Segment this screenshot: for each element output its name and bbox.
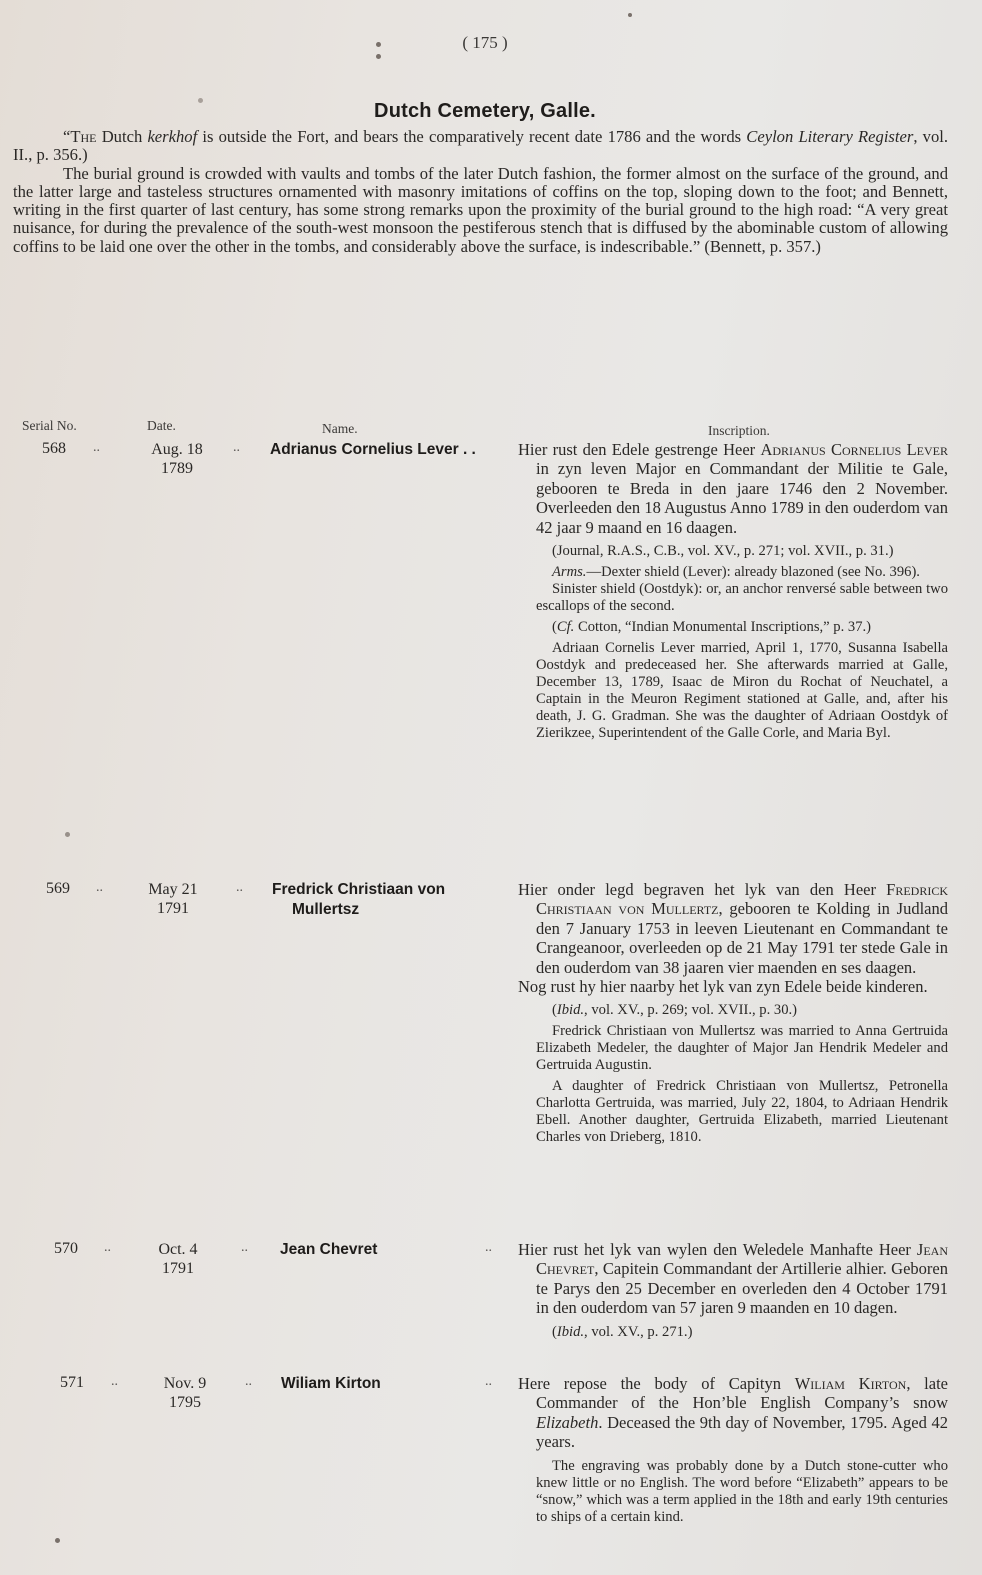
leader-dots: .. [111,1374,118,1390]
leader-dots: .. [485,1374,492,1390]
reference: (Ibid., vol. XV., p. 271.) [536,1324,948,1341]
ink-speck [55,1538,60,1543]
entry-date: May 211791 [133,880,213,918]
serial-number: 568 [42,440,66,458]
entry-date: Oct. 41791 [138,1240,218,1278]
intro-text: “The Dutch kerkhof is outside the Fort, … [13,128,948,256]
leader-dots: .. [233,440,240,456]
ink-speck [65,832,70,837]
inscription-text: Hier rust den Edele gestrenge Heer Adria… [518,440,948,537]
header-inscription: Inscription. [708,423,770,439]
leader-dots: .. [236,880,243,896]
leader-dots: .. [241,1240,248,1256]
entry-name: Fredrick Christiaan vonMullertsz [272,880,487,919]
inscription-text: Hier rust het lyk van wylen den Weledele… [518,1240,948,1318]
reference: (Journal, R.A.S., C.B., vol. XV., p. 271… [536,543,948,560]
serial-number: 571 [60,1374,84,1392]
header-name: Name. [322,421,358,437]
ink-speck [628,13,632,17]
reference: (Ibid., vol. XV., p. 269; vol. XVII., p.… [536,1002,948,1019]
serial-number: 570 [54,1240,78,1258]
intro-paragraph-2: The burial ground is crowded with vaults… [13,165,948,256]
page-title: Dutch Cemetery, Galle. [0,100,970,123]
leader-dots: .. [93,440,100,456]
inscription: Hier onder legd begraven het lyk van den… [518,880,948,1146]
leader-dots: .. [104,1240,111,1256]
leader-dots: .. [96,880,103,896]
inscription-text-2: Nog rust hy hier naarby het lyk van zyn … [518,977,948,996]
header-serial: Serial No. [22,418,77,434]
inscription-text: Here repose the body of Capityn Wiliam K… [518,1374,948,1452]
entry-date: Aug. 181789 [137,440,217,478]
leader-dots: .. [485,1240,492,1256]
biographical-note: The engraving was probably done by a Dut… [536,1458,948,1526]
entry-name: Adrianus Cornelius Lever . . [270,440,485,460]
page-number: ( 175 ) [0,33,970,53]
arms-note: Arms.—Dexter shield (Lever): already bla… [536,564,948,581]
inscription: Here repose the body of Capityn Wiliam K… [518,1374,948,1526]
intro-paragraph-1: “The Dutch kerkhof is outside the Fort, … [13,128,948,165]
inscription-text: Hier onder legd begraven het lyk van den… [518,880,948,977]
leader-dots: .. [245,1374,252,1390]
entry-name: Jean Chevret [280,1240,495,1260]
header-date: Date. [147,418,176,434]
ink-speck [376,54,381,59]
cf-reference: (Cf. Cotton, “Indian Monumental Inscript… [536,619,948,636]
biographical-note-2: A daughter of Fredrick Christiaan von Mu… [536,1078,948,1146]
arms-note-2: Sinister shield (Oostdyk): or, an anchor… [536,581,948,615]
inscription: Hier rust het lyk van wylen den Weledele… [518,1240,948,1341]
inscription: Hier rust den Edele gestrenge Heer Adria… [518,440,948,742]
entry-date: Nov. 91795 [145,1374,225,1412]
biographical-note: Adriaan Cornelis Lever married, April 1,… [536,640,948,742]
entry-name: Wiliam Kirton [281,1374,496,1394]
serial-number: 569 [46,880,70,898]
biographical-note: Fredrick Christiaan von Mullertsz was ma… [536,1023,948,1074]
